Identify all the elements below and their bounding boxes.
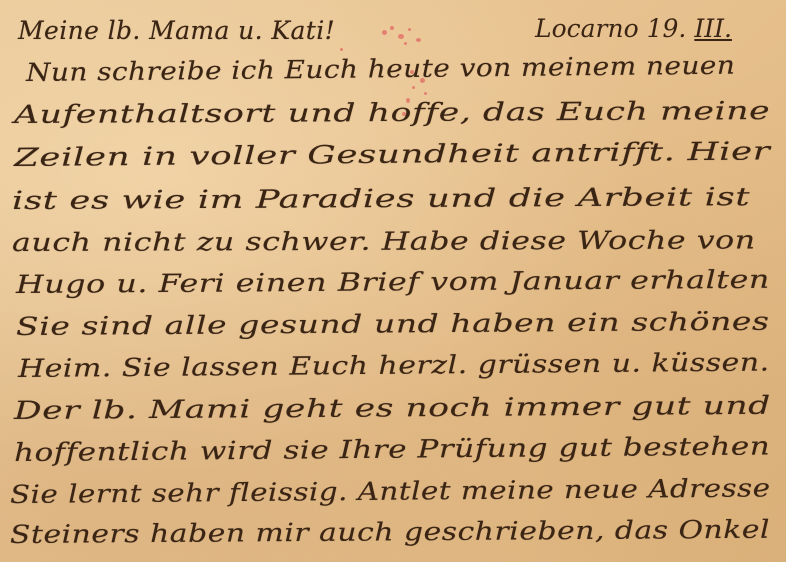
text-line-1: Nun schreibe ich Euch heute von meinem n… [26,51,736,87]
text-line-10: hoffentlich wird sie Ihre Prüfung gut be… [14,431,770,467]
text-line-8: Heim. Sie lassen Euch herzl. grüssen u. … [18,347,770,383]
month: III. [694,14,732,43]
text-line-4: ist es wie im Paradies und die Arbeit is… [12,182,750,215]
day: 19. [647,14,687,43]
text-line-11: Sie lernt sehr fleissig. Antlet meine ne… [10,473,771,509]
text-line-7: Sie sind alle gesund und haben ein schön… [16,307,770,341]
place-date: Locarno 19. III. [535,14,732,43]
place: Locarno [535,14,639,43]
text-line-5: auch nicht zu schwer. Habe diese Woche v… [12,225,756,257]
salutation: Meine lb. Mama u. Kati! [18,16,335,45]
perforated-edge [782,0,786,562]
text-line-6: Hugo u. Feri einen Brief vom Januar erha… [16,265,770,299]
text-line-3: Zeilen in voller Gesundheit antrifft. Hi… [14,136,771,172]
text-line-9: Der lb. Mami geht es noch immer gut und [14,391,771,425]
postcard: Meine lb. Mama u. Kati! Locarno 19. III.… [0,0,786,562]
text-line-2: Aufenthaltsort und hoffe, das Euch meine [14,96,770,129]
text-line-12: Steiners haben mir auch geschrieben, das… [10,515,770,549]
